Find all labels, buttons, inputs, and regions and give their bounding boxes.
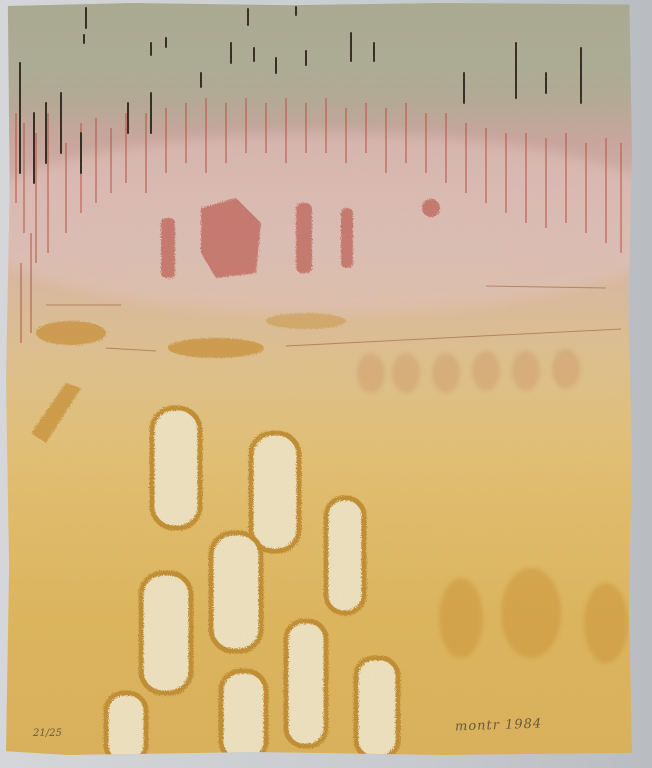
signature-year: 1984 xyxy=(505,716,543,732)
paper-sheet xyxy=(6,3,632,755)
artwork-layer xyxy=(6,3,632,755)
paper-grain xyxy=(6,3,632,755)
edition-number: 21/25 xyxy=(33,728,62,739)
signature-name: montr xyxy=(455,718,500,735)
artist-signature: montr 1984 xyxy=(455,716,543,734)
